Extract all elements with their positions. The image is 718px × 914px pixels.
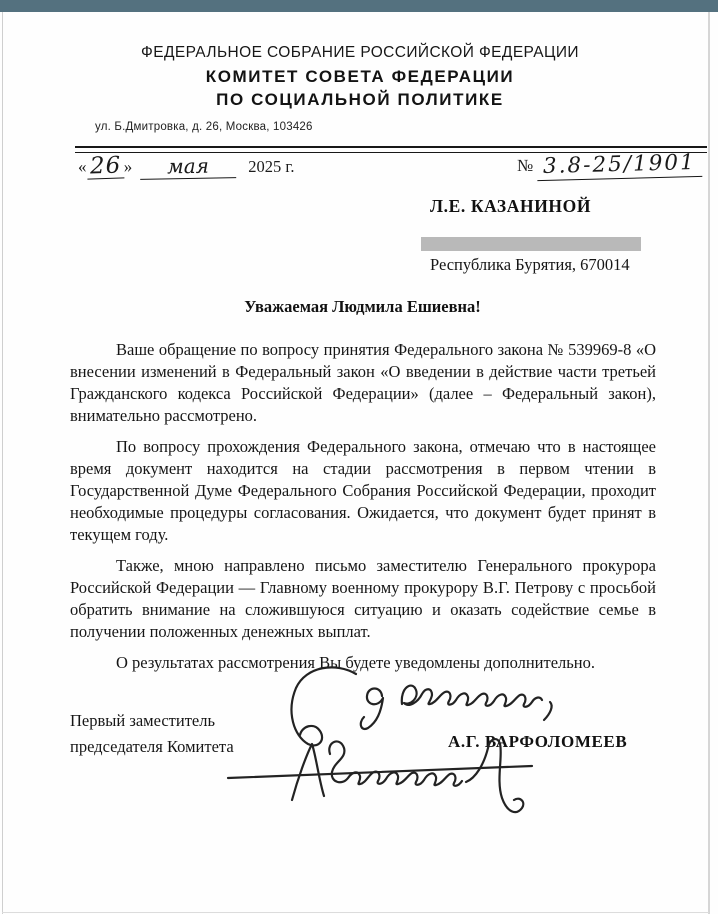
window-top-bar <box>0 0 718 12</box>
handwritten-month: мая <box>140 153 236 180</box>
redacted-address-bar <box>421 237 641 251</box>
body-paragraph: Также, мною направлено письмо заместител… <box>70 555 656 643</box>
letterhead-committee-policy: ПО СОЦИАЛЬНОЙ ПОЛИТИКЕ <box>40 90 680 110</box>
dateline: « 26 » мая 2025 г. № 3.8-25/1901 <box>78 152 702 179</box>
signer-position-line1: Первый заместитель <box>70 708 234 734</box>
numero-sign: № <box>517 153 533 179</box>
handwritten-ref-number: 3.8-25/1901 <box>537 150 702 181</box>
addressee-name: Л.Е. КАЗАНИНОЙ <box>430 196 591 217</box>
letterhead: ФЕДЕРАЛЬНОЕ СОБРАНИЕ РОССИЙСКОЙ ФЕДЕРАЦИ… <box>40 44 680 110</box>
letterhead-committee: КОМИТЕТ СОВЕТА ФЕДЕРАЦИИ <box>40 67 680 87</box>
handwritten-signature <box>222 732 562 822</box>
body-paragraph: По вопросу прохождения Федерального зако… <box>70 436 656 546</box>
quote-open: « <box>78 155 87 179</box>
ref-number-group: № 3.8-25/1901 <box>517 152 702 179</box>
letter-page: ФЕДЕРАЛЬНОЕ СОБРАНИЕ РОССИЙСКОЙ ФЕДЕРАЦИ… <box>0 0 718 914</box>
handwritten-day: 26 <box>86 153 124 179</box>
letter-body: Ваше обращение по вопросу принятия Федер… <box>70 339 656 683</box>
letterhead-parliament: ФЕДЕРАЛЬНОЕ СОБРАНИЕ РОССИЙСКОЙ ФЕДЕРАЦИ… <box>40 44 680 62</box>
page-bottom-edge <box>2 912 709 913</box>
addressee-region: Республика Бурятия, 670014 <box>430 255 630 275</box>
quote-close: » <box>124 155 133 179</box>
org-address: ул. Б.Дмитровка, д. 26, Москва, 103426 <box>95 121 313 133</box>
body-paragraph: Ваше обращение по вопросу принятия Федер… <box>70 339 656 427</box>
page-left-edge <box>2 12 3 914</box>
page-right-edge <box>708 12 710 914</box>
date-group: « 26 » мая 2025 г. <box>78 154 294 179</box>
signer-position: Первый заместитель председателя Комитета <box>70 708 234 760</box>
salutation: Уважаемая Людмила Ешиевна! <box>70 297 655 317</box>
year-label: 2025 г. <box>248 155 294 179</box>
signer-position-line2: председателя Комитета <box>70 734 234 760</box>
